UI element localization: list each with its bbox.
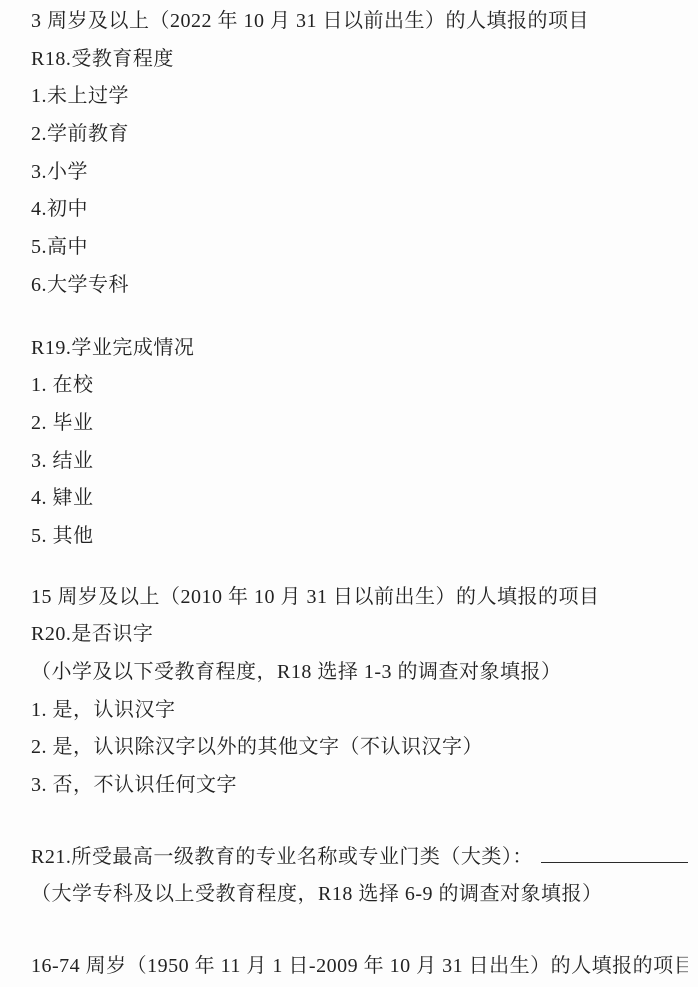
r18-option-4: 4.初中 bbox=[31, 191, 688, 229]
question-r21-title-row: R21.所受最高一级教育的专业名称或专业门类（大类）： bbox=[31, 839, 688, 877]
question-r20-title: R20.是否识字 bbox=[31, 616, 688, 654]
r20-option-1: 1. 是，认识汉字 bbox=[31, 692, 688, 730]
r20-option-3: 3. 否，不认识任何文字 bbox=[31, 767, 688, 805]
section-gap bbox=[31, 305, 688, 330]
section-header-age16-74: 16-74 周岁（1950 年 11 月 1 日-2009 年 10 月 31 … bbox=[31, 948, 688, 986]
r19-option-1: 1. 在校 bbox=[31, 367, 688, 405]
r21-answer-blank bbox=[541, 842, 688, 863]
r18-option-3: 3.小学 bbox=[31, 154, 688, 192]
section-header-age15: 15 周岁及以上（2010 年 10 月 31 日以前出生）的人填报的项目 bbox=[31, 579, 688, 617]
r19-option-3: 3. 结业 bbox=[31, 443, 688, 481]
r19-option-2: 2. 毕业 bbox=[31, 405, 688, 443]
section-gap bbox=[31, 914, 688, 948]
r20-option-2: 2. 是，认识除汉字以外的其他文字（不认识汉字） bbox=[31, 729, 688, 767]
r19-option-5: 5. 其他 bbox=[31, 518, 688, 556]
r18-option-6: 6.大学专科 bbox=[31, 267, 688, 305]
r18-option-2: 2.学前教育 bbox=[31, 116, 688, 154]
r18-option-5: 5.高中 bbox=[31, 229, 688, 267]
section-gap bbox=[31, 805, 688, 839]
r20-filter-note: （小学及以下受教育程度，R18 选择 1-3 的调查对象填报） bbox=[31, 654, 688, 692]
question-r21-title: R21.所受最高一级教育的专业名称或专业门类（大类）： bbox=[31, 846, 533, 868]
census-form-document: 3 周岁及以上（2022 年 10 月 31 日以前出生）的人填报的项目 R18… bbox=[0, 0, 698, 987]
r21-filter-note: （大学专科及以上受教育程度，R18 选择 6-9 的调查对象填报） bbox=[31, 876, 688, 914]
r19-option-4: 4. 肄业 bbox=[31, 480, 688, 518]
section-gap bbox=[31, 556, 688, 579]
question-r19-title: R19.学业完成情况 bbox=[31, 330, 688, 368]
section-header-age3: 3 周岁及以上（2022 年 10 月 31 日以前出生）的人填报的项目 bbox=[31, 3, 688, 41]
question-r18-title: R18.受教育程度 bbox=[31, 41, 688, 79]
r18-option-1: 1.未上过学 bbox=[31, 78, 688, 116]
